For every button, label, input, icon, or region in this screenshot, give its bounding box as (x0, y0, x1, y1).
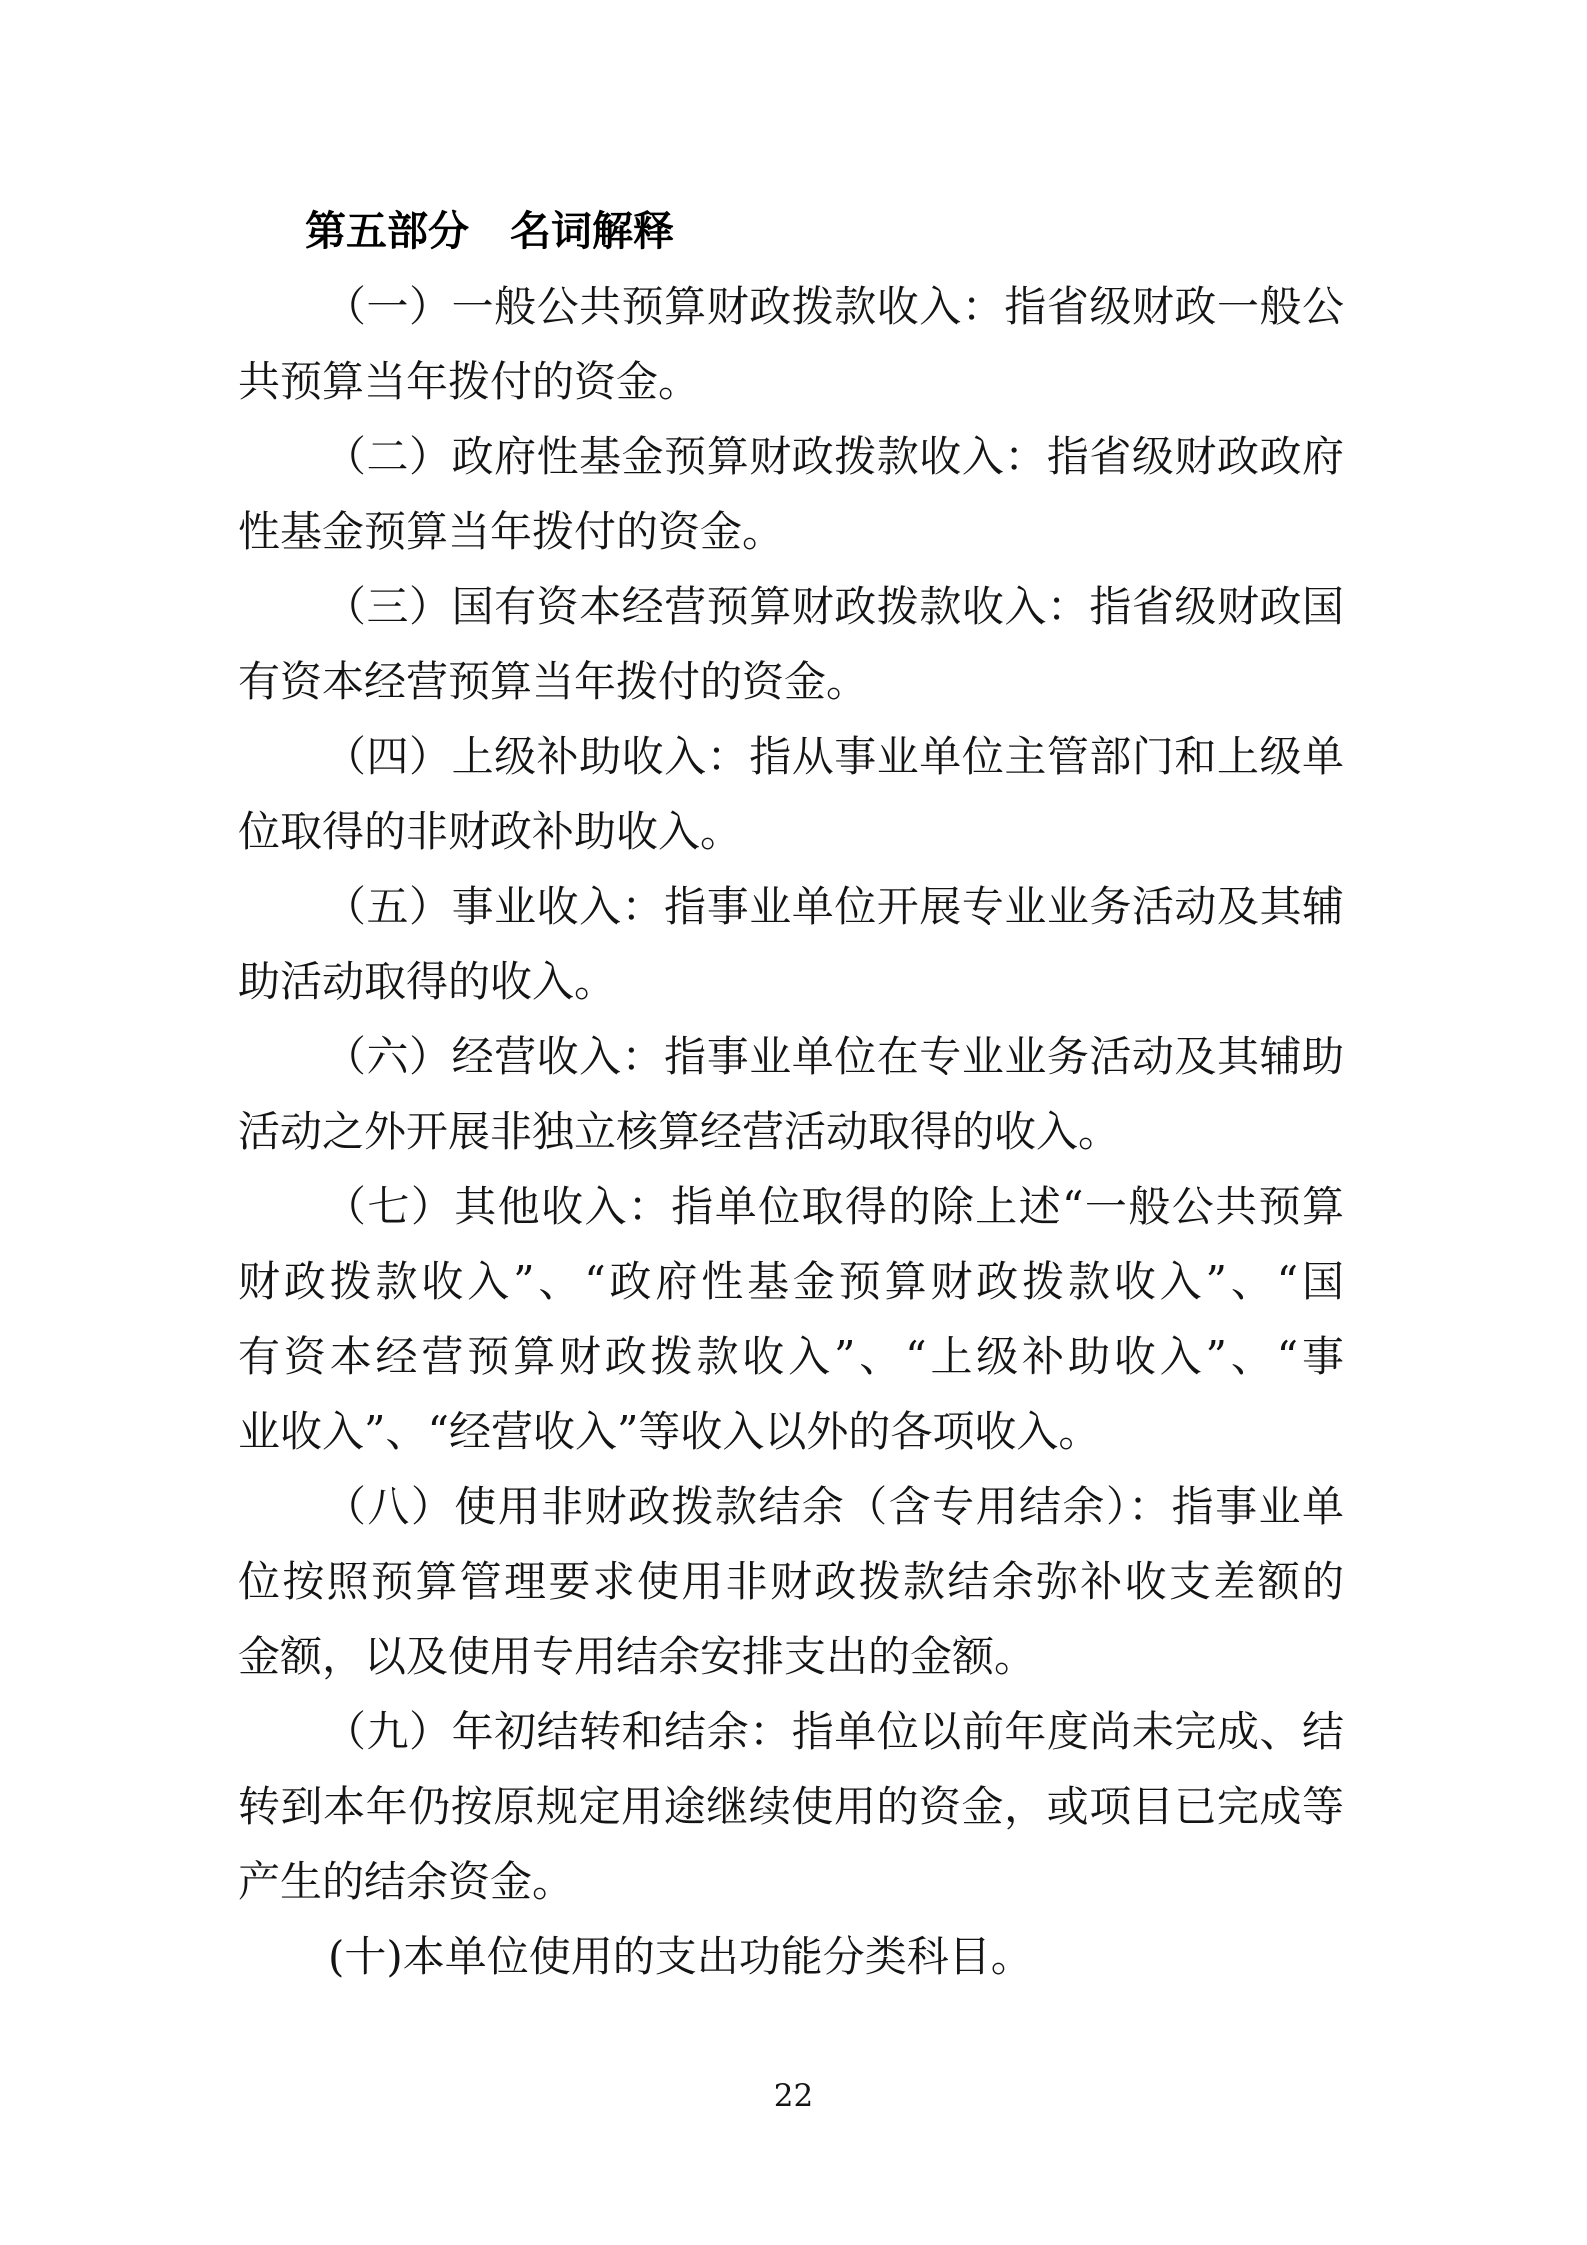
text-line: 财政拨款收入”、“政府性基金预算财政拨款收入”、“国 (238, 1244, 1344, 1319)
text-line: （二）政府性基金预算财政拨款收入：指省级财政政府 (238, 419, 1344, 494)
text-line: 助活动取得的收入。 (238, 944, 1344, 1019)
text-line: 位取得的非财政补助收入。 (238, 794, 1344, 869)
text-line: （六）经营收入：指事业单位在专业业务活动及其辅助 (238, 1019, 1344, 1094)
section-heading: 第五部分 名词解释 (238, 194, 1344, 269)
text-line: （四）上级补助收入：指从事业单位主管部门和上级单 (238, 719, 1344, 794)
text-line: 位按照预算管理要求使用非财政拨款结余弥补收支差额的 (238, 1544, 1344, 1619)
text-line: 活动之外开展非独立核算经营活动取得的收入。 (238, 1094, 1344, 1169)
text-line: （一）一般公共预算财政拨款收入：指省级财政一般公 (238, 269, 1344, 344)
text-line: （八）使用非财政拨款结余（含专用结余）：指事业单 (238, 1469, 1344, 1544)
text-line: (十)本单位使用的支出功能分类科目。 (238, 1919, 1344, 1994)
page-number: 22 (0, 2078, 1587, 2114)
text-line: 有资本经营预算当年拨付的资金。 (238, 644, 1344, 719)
text-line: 有资本经营预算财政拨款收入”、“上级补助收入”、“事 (238, 1319, 1344, 1394)
text-line: 业收入”、“经营收入”等收入以外的各项收入。 (238, 1394, 1344, 1469)
text-line: 金额，以及使用专用结余安排支出的金额。 (238, 1619, 1344, 1694)
text-line: （七）其他收入：指单位取得的除上述“一般公共预算 (238, 1169, 1344, 1244)
text-line: 性基金预算当年拨付的资金。 (238, 494, 1344, 569)
text-line: 转到本年仍按原规定用途继续使用的资金，或项目已完成等 (238, 1769, 1344, 1844)
text-line: （五）事业收入：指事业单位开展专业业务活动及其辅 (238, 869, 1344, 944)
text-line: 共预算当年拨付的资金。 (238, 344, 1344, 419)
document-page: 第五部分 名词解释 （一）一般公共预算财政拨款收入：指省级财政一般公 共预算当年… (0, 0, 1587, 2245)
text-line: 产生的结余资金。 (238, 1844, 1344, 1919)
text-line: （三）国有资本经营预算财政拨款收入：指省级财政国 (238, 569, 1344, 644)
document-body: 第五部分 名词解释 （一）一般公共预算财政拨款收入：指省级财政一般公 共预算当年… (238, 194, 1344, 1994)
text-line: （九）年初结转和结余：指单位以前年度尚未完成、结 (238, 1694, 1344, 1769)
